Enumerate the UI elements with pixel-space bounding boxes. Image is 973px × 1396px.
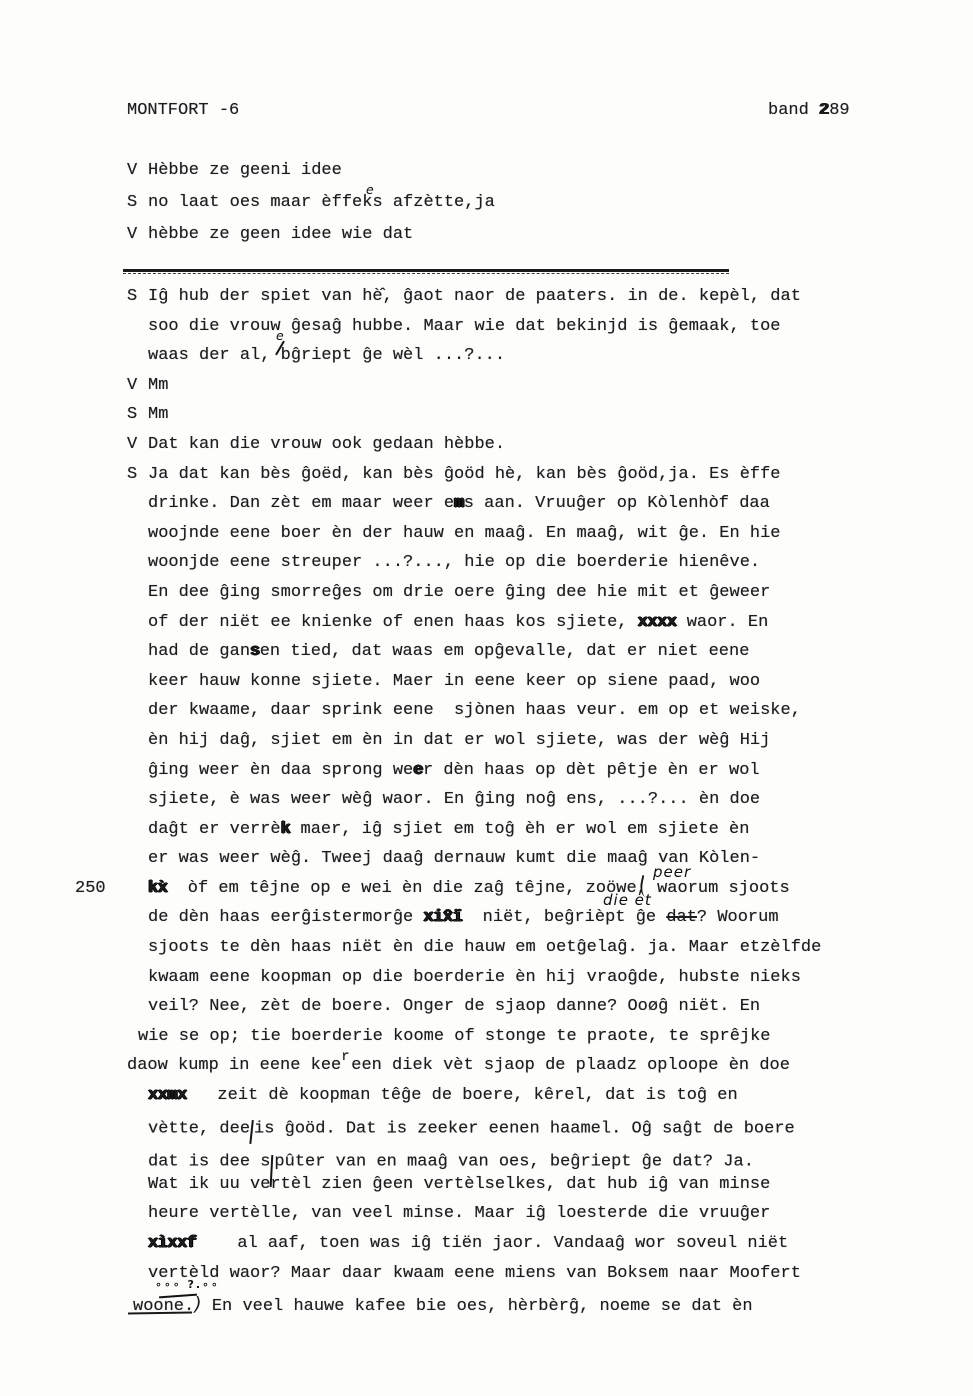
text-line: 250kx̀ òf em têjne op e wei èn die zaĝ t… (148, 879, 821, 909)
speaker-label: V (127, 435, 148, 454)
overstrike-blot: xìxxf (148, 1234, 197, 1253)
overstrike-blot: xix̂ï (423, 908, 462, 927)
text-line: èn hij daĝ, sjiet em èn in dat er wol sj… (148, 731, 821, 761)
line-text: Mm (148, 405, 168, 424)
speaker-label: V (127, 225, 148, 244)
speaker-label: V (127, 161, 148, 180)
line-text: Hèbbe ze geeni idee (148, 161, 342, 180)
band-overstruck-digit: 2 (819, 101, 829, 120)
text-line: kwaam eene koopman op die boerderie èn h… (148, 968, 821, 998)
line-text: ĝriept ĝe wèl ...?... (291, 346, 505, 365)
margin-line-number: 250 (75, 879, 106, 898)
overstrike-blot: k (281, 820, 291, 839)
text-line: woone.) En veel hauwe kafee bie oes, hèr… (133, 1293, 821, 1323)
text-line: wie se op; tie boerderie koome of stonge… (138, 1027, 821, 1057)
text-line: vertèld waor? Maar daar kwaam eene miens… (148, 1264, 821, 1294)
line-text: drinke. Dan zèt em maar weer e (148, 494, 454, 513)
text-line: der kwaame, daar sprink eene sjònen haas… (148, 701, 821, 731)
text-line: had de gansen tied, dat waas em opĝevall… (148, 642, 821, 672)
line-text: zeit dè koopman têĝe de boere, kêrel, da… (187, 1086, 738, 1105)
text-line: ĝing weer èn daa sprong weer dèn haas op… (148, 761, 821, 791)
line-text: dat is dee s (148, 1153, 270, 1172)
text-line: heure vertèlle, van veel minse. Maar iĝ … (148, 1204, 821, 1234)
text-line: soo die vrouw ĝesaĝ hubbe. Maar wie dat … (148, 317, 821, 347)
handwritten-insertion: e (366, 182, 374, 197)
band-number-rest: 89 (829, 101, 849, 120)
separator-top-rule (123, 269, 729, 272)
text-line: En dee ĝing smorreĝes om drie oere ĝing … (148, 583, 821, 613)
overstrike-blot: xxmx (148, 1086, 187, 1105)
line-text: veil? Nee, zèt de boere. Onger de sjaop … (148, 997, 760, 1016)
text-line: of der niët ee knienke of enen haas kos … (148, 613, 821, 643)
text-line: SJa dat kan bès ĝoëd, kan bès ĝoöd hè, k… (127, 465, 821, 495)
overstrike-blot: m (454, 494, 464, 513)
header-band-label: band 289 (768, 101, 850, 120)
line-text: kwaam eene koopman op die boerderie èn h… (148, 968, 801, 987)
line-text: de dèn haas eerĝistermorĝe (148, 908, 423, 927)
text-line: xìxxf al aaf, toen was iĝ tiën jaor. Van… (148, 1234, 821, 1264)
line-text: vertèld waor? Maar daar kwaam eene miens… (148, 1264, 801, 1283)
text-line: VMm (127, 376, 821, 406)
text-line: daĝt er verrèk maer, iĝ sjiet em toĝ èh … (148, 820, 821, 850)
separator-line (123, 269, 729, 274)
line-text: no laat oes maar èffek (148, 193, 372, 212)
document-page: MONTFORT -6 band 289 VHèbbe ze geeni ide… (0, 0, 973, 1396)
handwritten-dots: ∘∘∘ ?.∘∘ (155, 1278, 220, 1291)
text-line: Wat ik uu vertèl zien ĝeen vertèlselkes,… (148, 1175, 821, 1205)
header-title: MONTFORT -6 (127, 101, 239, 120)
overstrike-blot: s (250, 642, 260, 661)
superscript-correction: r (341, 1049, 351, 1065)
handwritten-note: peer (653, 863, 691, 881)
line-text: En veel hauwe kafee bie oes, hèrbèrĝ, no… (202, 1297, 753, 1316)
speaker-label: S (127, 287, 148, 306)
text-line: SMm (127, 405, 821, 435)
separator-bottom-rule (123, 273, 729, 274)
line-text: is ĝoöd. Dat is zeeker eenen haamel. Oĝ … (254, 1119, 795, 1138)
speaker-label: S (127, 193, 148, 212)
text-line: sjoots te dèn haas niët èn die hauw em o… (148, 938, 821, 968)
line-text: Wat ik uu vertèl zien ĝeen vertèlselkes,… (148, 1175, 770, 1194)
overstrike-blot: xxxx (638, 613, 677, 632)
text-line: veil? Nee, zèt de boere. Onger de sjaop … (148, 997, 821, 1027)
line-text: Ja dat kan bès ĝoëd, kan bès ĝoöd hè, ka… (148, 465, 781, 484)
speaker-label: V (127, 376, 148, 395)
overstrike-blot: e (413, 761, 423, 780)
line-text: of der niët ee knienke of enen haas kos … (148, 613, 638, 632)
line-text: wie se op; tie boerderie koome of stonge… (138, 1027, 771, 1046)
line-text: pûter van en maaĝ van oes, beĝriept ĝe d… (274, 1153, 753, 1172)
handwritten-note: die et (603, 891, 652, 909)
circled-word: woone. (133, 1297, 194, 1316)
text-line: xxmx zeit dè koopman têĝe de boere, kêre… (148, 1086, 821, 1116)
line-text: òf em têjne op e wei èn die zaĝ têjne, z… (167, 879, 789, 898)
text-line: drinke. Dan zèt em maar weer ems aan. Vr… (148, 494, 821, 524)
line-text: ? Woorum (697, 908, 779, 927)
text-line: VHèbbe ze geeni idee (127, 161, 495, 193)
line-text: heure vertèlle, van veel minse. Maar iĝ … (148, 1204, 770, 1223)
line-text: al aaf, toen was iĝ tiën jaor. Vandaaĝ w… (197, 1234, 789, 1253)
overstrike-blot: kx̀ (148, 879, 167, 898)
handwritten-paren: ) (194, 1293, 201, 1315)
line-text: Dat kan die vrouw ook gedaan hèbbe. (148, 435, 505, 454)
line-text: sjiete, è was weer wèĝ waor. En ĝing noĝ… (148, 790, 760, 809)
line-text: niët, beĝrièpt ĝe (462, 908, 666, 927)
text-line: de dèn haas eerĝistermorĝe xix̂ï niët, b… (148, 908, 821, 938)
line-text: Iĝ hub der spiet van hè̂, ĝaot naor de p… (148, 287, 801, 306)
line-text: vètte, dee (148, 1119, 250, 1138)
line-text: keer hauw konne sjiete. Maer in eene kee… (148, 672, 760, 691)
transcript-body: SIĝ hub der spiet van hè̂, ĝaot naor de … (127, 287, 821, 1323)
line-text: woojnde eene boer èn der hauw en maaĝ. E… (148, 524, 781, 543)
line-text: maer, iĝ sjiet em toĝ èh er wol em sjiet… (290, 820, 749, 839)
text-line: VDat kan die vrouw ook gedaan hèbbe. (127, 435, 821, 465)
line-text: waor. En (677, 613, 769, 632)
text-line: dat is dee spûter van en maaĝ van oes, b… (148, 1145, 821, 1175)
text-line: daow kump in eene keereen diek vèt sjaop… (127, 1056, 821, 1086)
text-line: SIĝ hub der spiet van hè̂, ĝaot naor de … (127, 287, 821, 317)
speaker-label: S (127, 405, 148, 424)
text-line: Sno laat oes maar èffeks afzètte,jae (127, 193, 495, 225)
line-text: s afzètte,ja (372, 193, 494, 212)
line-text: waas der al, b (148, 346, 291, 365)
text-line: woonjde eene streuper ...?..., hie op di… (148, 553, 821, 583)
line-text: een diek vèt sjaop de plaadz oploope èn … (351, 1056, 790, 1075)
line-text: sjoots te dèn haas niët èn die hauw em o… (148, 938, 821, 957)
line-text: ĝing weer èn daa sprong we (148, 761, 413, 780)
line-text: daow kump in eene kee (127, 1056, 341, 1075)
line-text: soo die vrouw ĝesaĝ hubbe. Maar wie dat … (148, 317, 781, 336)
band-prefix: band (768, 101, 819, 120)
text-line: waas der al, bĝriept ĝe wèl ...?...e (148, 346, 821, 376)
text-line: Vhèbbe ze geen idee wie dat (127, 225, 495, 257)
text-line: sjiete, è was weer wèĝ waor. En ĝing noĝ… (148, 790, 821, 820)
line-text: en tied, dat waas em opĝevalle, dat er n… (260, 642, 750, 661)
text-line: er was weer wèĝ. Tweej daaĝ dernauw kumt… (148, 849, 821, 879)
line-text: En dee ĝing smorreĝes om drie oere ĝing … (148, 583, 770, 602)
line-text: s aan. Vruuĝer op Kòlenhòf daa (464, 494, 770, 513)
line-text: èn hij daĝ, sjiet em èn in dat er wol sj… (148, 731, 770, 750)
line-text: r dèn haas op dèt pêtje èn er wol (423, 761, 760, 780)
opening-dialogue: VHèbbe ze geeni idee Sno laat oes maar è… (127, 161, 495, 257)
text-line: vètte, deeis ĝoöd. Dat is zeeker eenen h… (148, 1116, 821, 1146)
line-text: woonjde eene streuper ...?..., hie op di… (148, 553, 760, 572)
speaker-label: S (127, 465, 148, 484)
text-line: keer hauw konne sjiete. Maer in eene kee… (148, 672, 821, 702)
line-text: Mm (148, 376, 168, 395)
line-text: hèbbe ze geen idee wie dat (148, 225, 413, 244)
strikethrough-word: dat (666, 908, 697, 927)
line-text: der kwaame, daar sprink eene sjònen haas… (148, 701, 801, 720)
line-text: daĝt er verrè (148, 820, 281, 839)
line-text: had de gan (148, 642, 250, 661)
text-line: woojnde eene boer èn der hauw en maaĝ. E… (148, 524, 821, 554)
